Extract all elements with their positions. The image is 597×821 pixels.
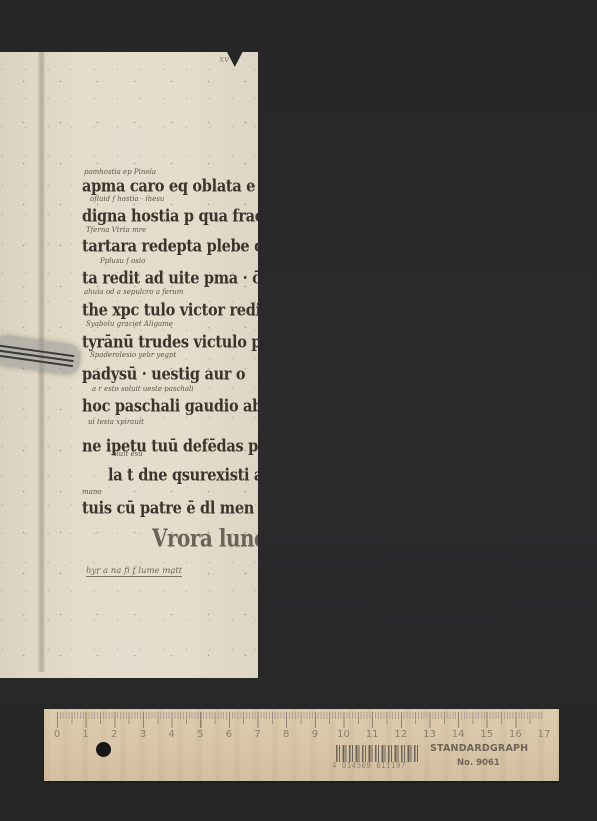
tick-label: 5	[197, 729, 203, 740]
interlinear-gloss: ui tesia xpirauit	[88, 418, 144, 426]
manuscript-text-block: pamhostia ep Pinola apma caro eq oblata …	[82, 160, 258, 590]
barcode-digits: 4 014509 011197	[332, 761, 406, 770]
tick-label: 0	[54, 729, 60, 740]
ruler-model: No. 9061	[457, 758, 500, 768]
interlinear-gloss: pamhostia ep Pinola	[84, 168, 156, 176]
interlinear-gloss: Syabolu graciet Aligame	[86, 320, 173, 328]
tick-label: 16	[509, 729, 522, 740]
interlinear-gloss: a r esto soluit ueste paschali	[92, 385, 194, 393]
interlinear-gloss: Spaderolesio yebr yegpt	[90, 351, 176, 359]
ruler-hang-hole	[96, 742, 111, 757]
interlinear-gloss: mano	[82, 488, 102, 496]
tick-label: 11	[366, 729, 379, 740]
tick-label: 3	[140, 729, 146, 740]
tick-label: 12	[394, 729, 407, 740]
tick-label: 2	[111, 729, 117, 740]
scale-ruler: 0 1 2 3 4 5 6 7 8 9 10 11 12 13 14 15 16…	[44, 709, 559, 781]
tick-label: 7	[254, 729, 260, 740]
manuscript-line: tyrānū trudes victulo pr	[82, 333, 258, 353]
interlinear-gloss: ofluid f hostia · ihesu	[90, 195, 164, 203]
tick-label: 10	[337, 729, 350, 740]
manuscript-line: tuis cū patre ē dl men	[82, 499, 254, 519]
manuscript-line: apma caro eq oblata e ·	[82, 177, 258, 197]
manuscript-line: padysū · uestig aur o	[82, 365, 245, 385]
tick-label: 17	[538, 729, 551, 740]
tick-label: 14	[452, 729, 465, 740]
tick-label: 4	[168, 729, 174, 740]
rubric-heading: Vrora lune	[152, 524, 258, 553]
interlinear-gloss: Tferna Vtrta mre	[86, 226, 146, 234]
tick-label: 6	[226, 729, 232, 740]
folio-number: xv	[219, 55, 229, 65]
manuscript-line: ta redit ad uite pma · ō	[82, 269, 258, 289]
interlinear-gloss: ahuia od a sepulcro a ferum	[84, 288, 183, 296]
manuscript-line: tartara redepta plebe ca	[82, 237, 258, 257]
ruler-tick-labels: 0 1 2 3 4 5 6 7 8 9 10 11 12 13 14 15 16…	[44, 729, 559, 743]
tick-label: 9	[312, 729, 318, 740]
interlinear-gloss: Pplusu f osio	[100, 257, 145, 265]
interlinear-gloss: uiuit esu	[112, 450, 143, 458]
manuscript-line: hoc paschali gaudio ab o	[82, 397, 258, 417]
barcode-icon	[336, 745, 418, 762]
manuscript-line: la t dne qsurexisti a	[108, 466, 258, 486]
manuscript-line: the xpc tulo victor redit	[82, 301, 258, 321]
ruler-brand: STANDARDGRAPH	[430, 743, 528, 754]
manuscript-line: digna hostia p qua fracta	[82, 207, 258, 227]
tick-label: 1	[82, 729, 88, 740]
tick-label: 15	[480, 729, 493, 740]
ruler-ticks	[57, 712, 544, 730]
tick-label: 8	[283, 729, 289, 740]
footer-note: hyr a na fi f lume matt	[86, 566, 182, 577]
manuscript-line: ne ipetu tuū defēdas pop	[82, 437, 258, 457]
tick-label: 13	[423, 729, 436, 740]
